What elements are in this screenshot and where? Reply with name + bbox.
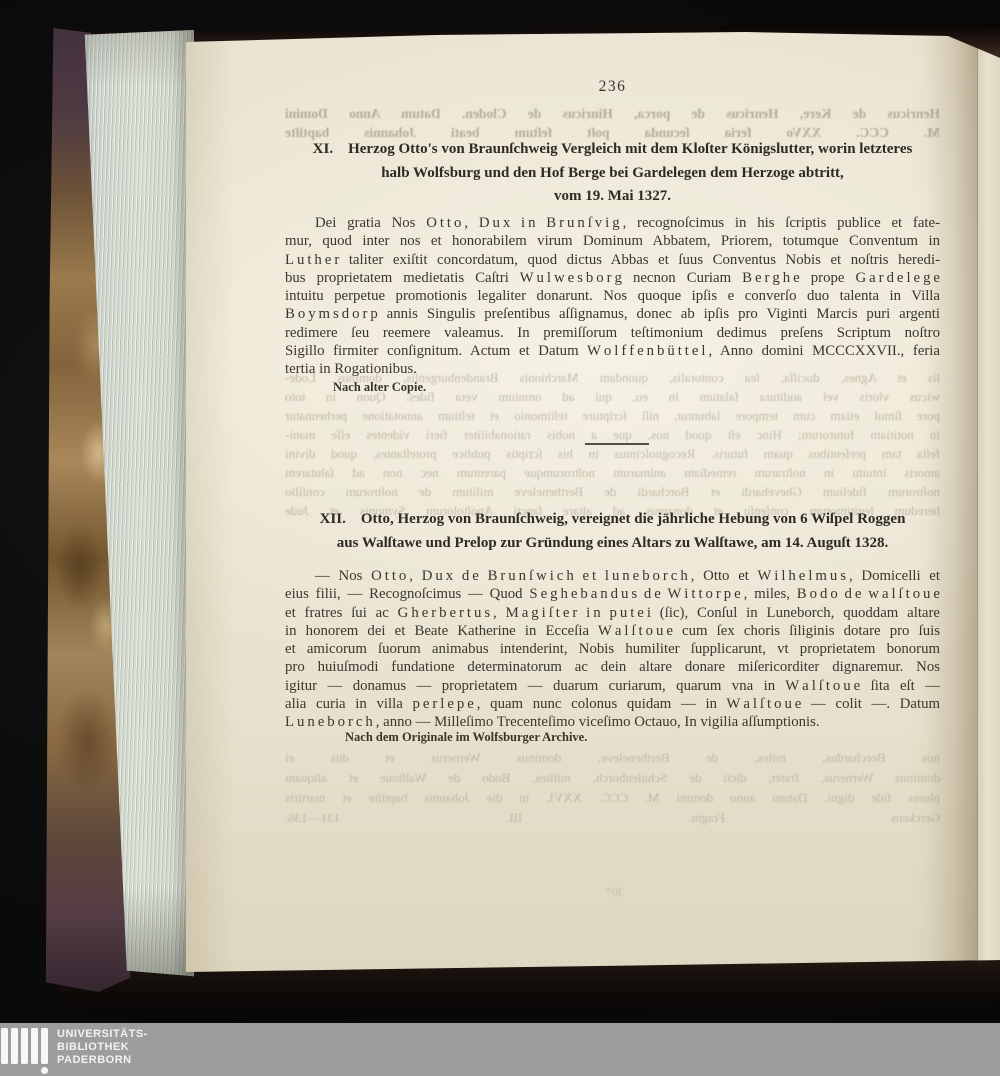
- document-xi-body-line: B o y m s d o r p annis Singulis preſent…: [285, 305, 940, 323]
- document-xii-body-line: igitur — donamus — proprietatem — duarum…: [285, 677, 940, 695]
- bleedthrough-middle-line: noſtrorum fidelium Ghevehardi et Borchar…: [285, 482, 940, 501]
- page-text-column: Henricus de Kere, Henricus de porca, Hin…: [285, 28, 940, 978]
- document-xi-body-line: tertia in Rogationibus.: [285, 360, 940, 378]
- document-xii-body-line: et fratres ſui ac G h e r b e r t u s , …: [285, 604, 940, 622]
- bleedthrough-bottom: nos Borchardus, miles, de Bertheneleve, …: [285, 748, 940, 828]
- document-xi-heading-line: vom 19. Mai 1327.: [285, 185, 940, 209]
- logo-exclamation-dot-icon: [41, 1067, 48, 1074]
- next-page-edge: [977, 28, 1000, 978]
- document-xii-body-line: pro huiuſmodi fundatione determinatorum …: [285, 658, 940, 676]
- document-xii-body: — Nos O t t o , D u x d e B r u n ſ w i …: [285, 567, 940, 732]
- bleedthrough-middle-line: feſta tam preſentibus quam futuris. Reco…: [285, 444, 940, 463]
- library-logo-bars-icon: [1, 1028, 53, 1074]
- bleedthrough-top-line: Henricus de Kere, Henricus de porca, Hin…: [285, 104, 940, 123]
- library-name: UNIVERSITÄTS-BIBLIOTHEKPADERBORN: [57, 1028, 148, 1067]
- library-name-line: UNIVERSITÄTS-: [57, 1028, 148, 1041]
- logo-bar: [11, 1028, 18, 1064]
- document-xi-body-line: mur, quod inter nos et honorabilem virum…: [285, 232, 940, 250]
- book-page: Henricus de Kere, Henricus de porca, Hin…: [186, 28, 1000, 978]
- document-xi-body-line: L u t h e r taliter exiſtit concordatum,…: [285, 251, 940, 269]
- document-xi-body-line: intuitu perpetue promotionis legaliter d…: [285, 287, 940, 305]
- document-xi-heading: XI. Herzog Otto's von Braunſchweig Vergl…: [285, 138, 940, 209]
- bleedthrough-middle-line: amoris intuitu in noſtrarum remediam ani…: [285, 463, 940, 482]
- page-number: 236: [285, 78, 940, 96]
- document-xii-body-line: alia curia in villa p e r l e p e , quam…: [285, 695, 940, 713]
- document-xi-body-line: bus proprietatem medietatis Caſtri W u l…: [285, 269, 940, 287]
- logo-bar: [41, 1028, 48, 1064]
- document-xii-body-line: et amicorum ſuorum animabus intenderint,…: [285, 640, 940, 658]
- bleedthrough-middle-line: in notitiam futurorum; Hinc eſt quod nos…: [285, 425, 940, 444]
- section-divider-rule: [585, 443, 649, 445]
- library-name-line: PADERBORN: [57, 1054, 148, 1067]
- document-xii-body-line: — Nos O t t o , D u x d e B r u n ſ w i …: [285, 567, 940, 585]
- scan-viewport: Henricus de Kere, Henricus de porca, Hin…: [0, 0, 1000, 1076]
- logo-bar: [21, 1028, 28, 1064]
- document-xii-heading-line: XII. Otto, Herzog von Braunſchweig, vere…: [285, 508, 940, 532]
- document-xi-heading-line: XI. Herzog Otto's von Braunſchweig Vergl…: [285, 138, 940, 162]
- document-xi-body-line: Sigillo firmiter conſignitum. Actum et D…: [285, 342, 940, 360]
- document-xi-body: Dei gratia Nos O t t o , D u x i n B r u…: [285, 214, 940, 379]
- logo-bar: [31, 1028, 38, 1064]
- document-xi-source-note: Nach alter Copie.: [333, 380, 426, 395]
- bleedthrough-signature-mark: 30*: [585, 885, 645, 900]
- document-xii-body-line: eius filii, — Recognoſcimus — Quod S e g…: [285, 585, 940, 603]
- bleedthrough-bottom-line: dominus Wernerus, frater, dicti de Schul…: [285, 768, 940, 788]
- document-xii-body-line: L u n e b o r c h , anno — Milleſimo Tre…: [285, 713, 940, 731]
- bleedthrough-bottom-line: Gerckens Fragm. III. 131—136.: [285, 808, 940, 828]
- document-xii-heading-line: aus Walſtawe und Prelop zur Gründung ein…: [285, 532, 940, 556]
- bleedthrough-bottom-line: plures fide digni. Datum anno domini M. …: [285, 788, 940, 808]
- library-name-line: BIBLIOTHEK: [57, 1041, 148, 1054]
- bleedthrough-top: Henricus de Kere, Henricus de porca, Hin…: [285, 104, 940, 142]
- library-watermark-band: UNIVERSITÄTS-BIBLIOTHEKPADERBORN: [0, 1023, 1000, 1076]
- document-xii-body-line: in honorem dei et Beate Katherine in Ecc…: [285, 622, 940, 640]
- logo-bar: [1, 1028, 8, 1064]
- document-xii-source-note: Nach dem Originale im Wolfsburger Archiv…: [345, 730, 587, 745]
- document-xii-heading: XII. Otto, Herzog von Braunſchweig, vere…: [285, 508, 940, 555]
- document-xi-body-line: redimere ſeu reemere valeamus. In premiſ…: [285, 324, 940, 342]
- document-xi-body-line: Dei gratia Nos O t t o , D u x i n B r u…: [285, 214, 940, 232]
- bleedthrough-bottom-line: nos Borchardus, miles, de Bertheneleve, …: [285, 748, 940, 768]
- document-xi-heading-line: halb Wolfsburg und den Hof Berge bei Gar…: [285, 162, 940, 186]
- bleedthrough-middle-line: pore ſimul etiam cum tempore labuntur, n…: [285, 406, 940, 425]
